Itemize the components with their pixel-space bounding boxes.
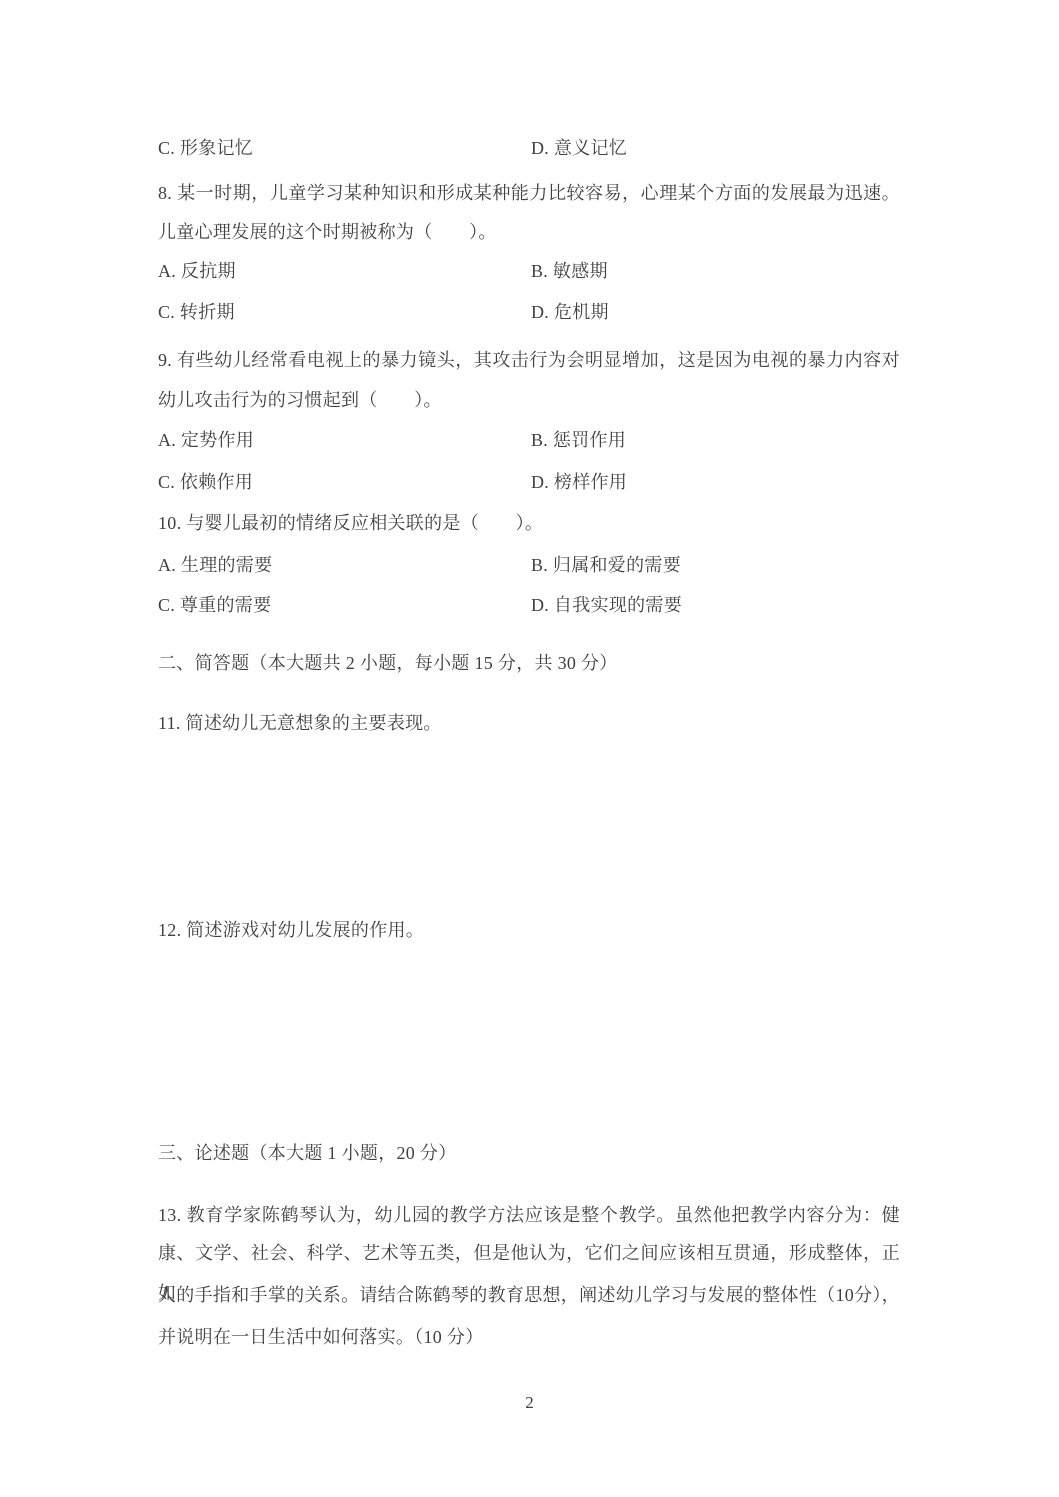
question-9-options-ab-row: A. 定势作用 B. 惩罚作用 xyxy=(158,420,900,460)
question-10-option-b: B. 归属和爱的需要 xyxy=(531,545,681,585)
question-10-option-d: D. 自我实现的需要 xyxy=(531,585,682,625)
question-8-option-c: C. 转折期 xyxy=(158,292,235,332)
question-10-options-cd-row: C. 尊重的需要 D. 自我实现的需要 xyxy=(158,585,900,625)
question-13-stem-line-2: 康、文学、社会、科学、艺术等五类，但是他认为，它们之间应该相互贯通，形成整体，正… xyxy=(158,1233,900,1273)
question-8-options-ab-row: A. 反抗期 B. 敏感期 xyxy=(158,251,900,291)
question-8-stem-line-2: 儿童心理发展的这个时期被称为（ ）。 xyxy=(158,212,900,252)
question-7-option-c: C. 形象记忆 xyxy=(158,128,253,168)
question-9-option-c: C. 依赖作用 xyxy=(158,462,253,502)
question-12-stem: 12. 简述游戏对幼儿发展的作用。 xyxy=(158,910,900,950)
question-9-options-cd-row: C. 依赖作用 D. 榜样作用 xyxy=(158,462,900,502)
question-7-options-cd-row: C. 形象记忆 D. 意义记忆 xyxy=(158,128,900,168)
question-10-option-a: A. 生理的需要 xyxy=(158,545,272,585)
question-8-option-d: D. 危机期 xyxy=(531,292,609,332)
exam-paper-page: C. 形象记忆 D. 意义记忆 8. 某一时期，儿童学习某种知识和形成某种能力比… xyxy=(0,0,1059,1497)
section-2-heading: 二、简答题（本大题共 2 小题，每小题 15 分，共 30 分） xyxy=(158,643,900,683)
question-9-stem-line-2: 幼儿攻击行为的习惯起到（ ）。 xyxy=(158,380,900,420)
question-10-stem: 10. 与婴儿最初的情绪反应相关联的是（ ）。 xyxy=(158,503,900,543)
question-9-option-d: D. 榜样作用 xyxy=(531,462,627,502)
question-10-options-ab-row: A. 生理的需要 B. 归属和爱的需要 xyxy=(158,545,900,585)
question-8-stem-line-1: 8. 某一时期，儿童学习某种知识和形成某种能力比较容易，心理某个方面的发展最为迅… xyxy=(158,173,900,213)
question-9-option-b: B. 惩罚作用 xyxy=(531,420,626,460)
question-10-option-c: C. 尊重的需要 xyxy=(158,585,271,625)
question-11-stem: 11. 简述幼儿无意想象的主要表现。 xyxy=(158,703,900,743)
question-13-stem-line-1: 13. 教育学家陈鹤琴认为，幼儿园的教学方法应该是整个教学。虽然他把教学内容分为… xyxy=(158,1195,900,1235)
question-13-stem-line-3: 人的手指和手掌的关系。请结合陈鹤琴的教育思想，阐述幼儿学习与发展的整体性（10分… xyxy=(158,1275,900,1315)
question-8-options-cd-row: C. 转折期 D. 危机期 xyxy=(158,292,900,332)
question-9-stem-line-1: 9. 有些幼儿经常看电视上的暴力镜头，其攻击行为会明显增加，这是因为电视的暴力内… xyxy=(158,340,900,380)
question-8-option-a: A. 反抗期 xyxy=(158,251,236,291)
page-number: 2 xyxy=(0,1383,1059,1423)
question-9-option-a: A. 定势作用 xyxy=(158,420,254,460)
section-3-heading: 三、论述题（本大题 1 小题，20 分） xyxy=(158,1133,900,1173)
question-7-option-d: D. 意义记忆 xyxy=(531,128,627,168)
question-8-option-b: B. 敏感期 xyxy=(531,251,608,291)
question-13-stem-line-4: 并说明在一日生活中如何落实。（10 分） xyxy=(158,1317,900,1357)
